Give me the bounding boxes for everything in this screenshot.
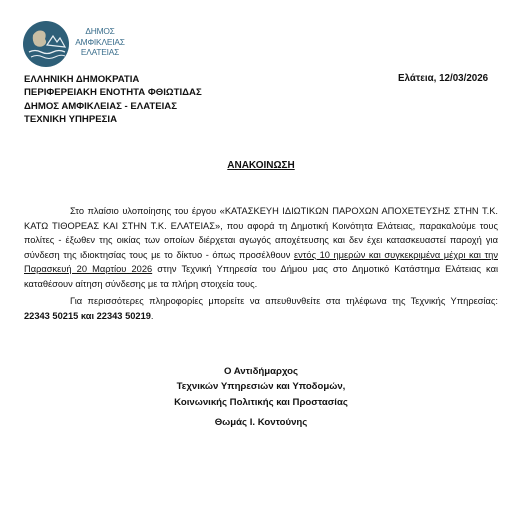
contact-paragraph: Για περισσότερες πληροφορίες μπορείτε να… bbox=[24, 294, 498, 323]
municipality-logo: ΔΗΜΟΣ ΑΜΦΙΚΛΕΙΑΣ ΕΛΑΤΕΙΑΣ bbox=[23, 21, 133, 67]
document-title: ΑΝΑΚΟΙΝΩΣΗ bbox=[0, 160, 522, 171]
signatory-name: Θωμάς Ι. Κοντούνης bbox=[0, 415, 522, 430]
issuer-line: ΤΕΧΝΙΚΗ ΥΠΗΡΕΣΙΑ bbox=[24, 113, 202, 126]
announcement-paragraph: Στο πλαίσιο υλοποίησης του έργου «ΚΑΤΑΣΚ… bbox=[24, 204, 498, 292]
issuer-line: ΕΛΛΗΝΙΚΗ ΔΗΜΟΚΡΑΤΙΑ bbox=[24, 73, 202, 86]
logo-text: ΔΗΜΟΣ ΑΜΦΙΚΛΕΙΑΣ ΕΛΑΤΕΙΑΣ bbox=[71, 26, 129, 58]
signatory-role: Ο Αντιδήμαρχος bbox=[0, 364, 522, 379]
contact-text: Για περισσότερες πληροφορίες μπορείτε να… bbox=[70, 296, 498, 306]
signatory-department: Κοινωνικής Πολιτικής και Προστασίας bbox=[0, 395, 522, 410]
issuer-header: ΕΛΛΗΝΙΚΗ ΔΗΜΟΚΡΑΤΙΑ ΠΕΡΙΦΕΡΕΙΑΚΗ ΕΝΟΤΗΤΑ… bbox=[24, 73, 202, 126]
logo-line: ΔΗΜΟΣ bbox=[71, 26, 129, 37]
signature-block: Ο Αντιδήμαρχος Τεχνικών Υπηρεσιών και Υπ… bbox=[0, 364, 522, 430]
phone-numbers: 22343 50215 και 22343 50219 bbox=[24, 311, 151, 321]
municipality-emblem-icon bbox=[23, 21, 69, 67]
place-date: Ελάτεια, 12/03/2026 bbox=[398, 73, 488, 84]
signatory-department: Τεχνικών Υπηρεσιών και Υποδομών, bbox=[0, 379, 522, 394]
logo-line: ΑΜΦΙΚΛΕΙΑΣ bbox=[71, 37, 129, 48]
logo-line: ΕΛΑΤΕΙΑΣ bbox=[71, 47, 129, 58]
issuer-line: ΔΗΜΟΣ ΑΜΦΙΚΛΕΙΑΣ - ΕΛΑΤΕΙΑΣ bbox=[24, 100, 202, 113]
contact-text-end: . bbox=[151, 311, 154, 321]
issuer-line: ΠΕΡΙΦΕΡΕΙΑΚΗ ΕΝΟΤΗΤΑ ΦΘΙΩΤΙΔΑΣ bbox=[24, 86, 202, 99]
